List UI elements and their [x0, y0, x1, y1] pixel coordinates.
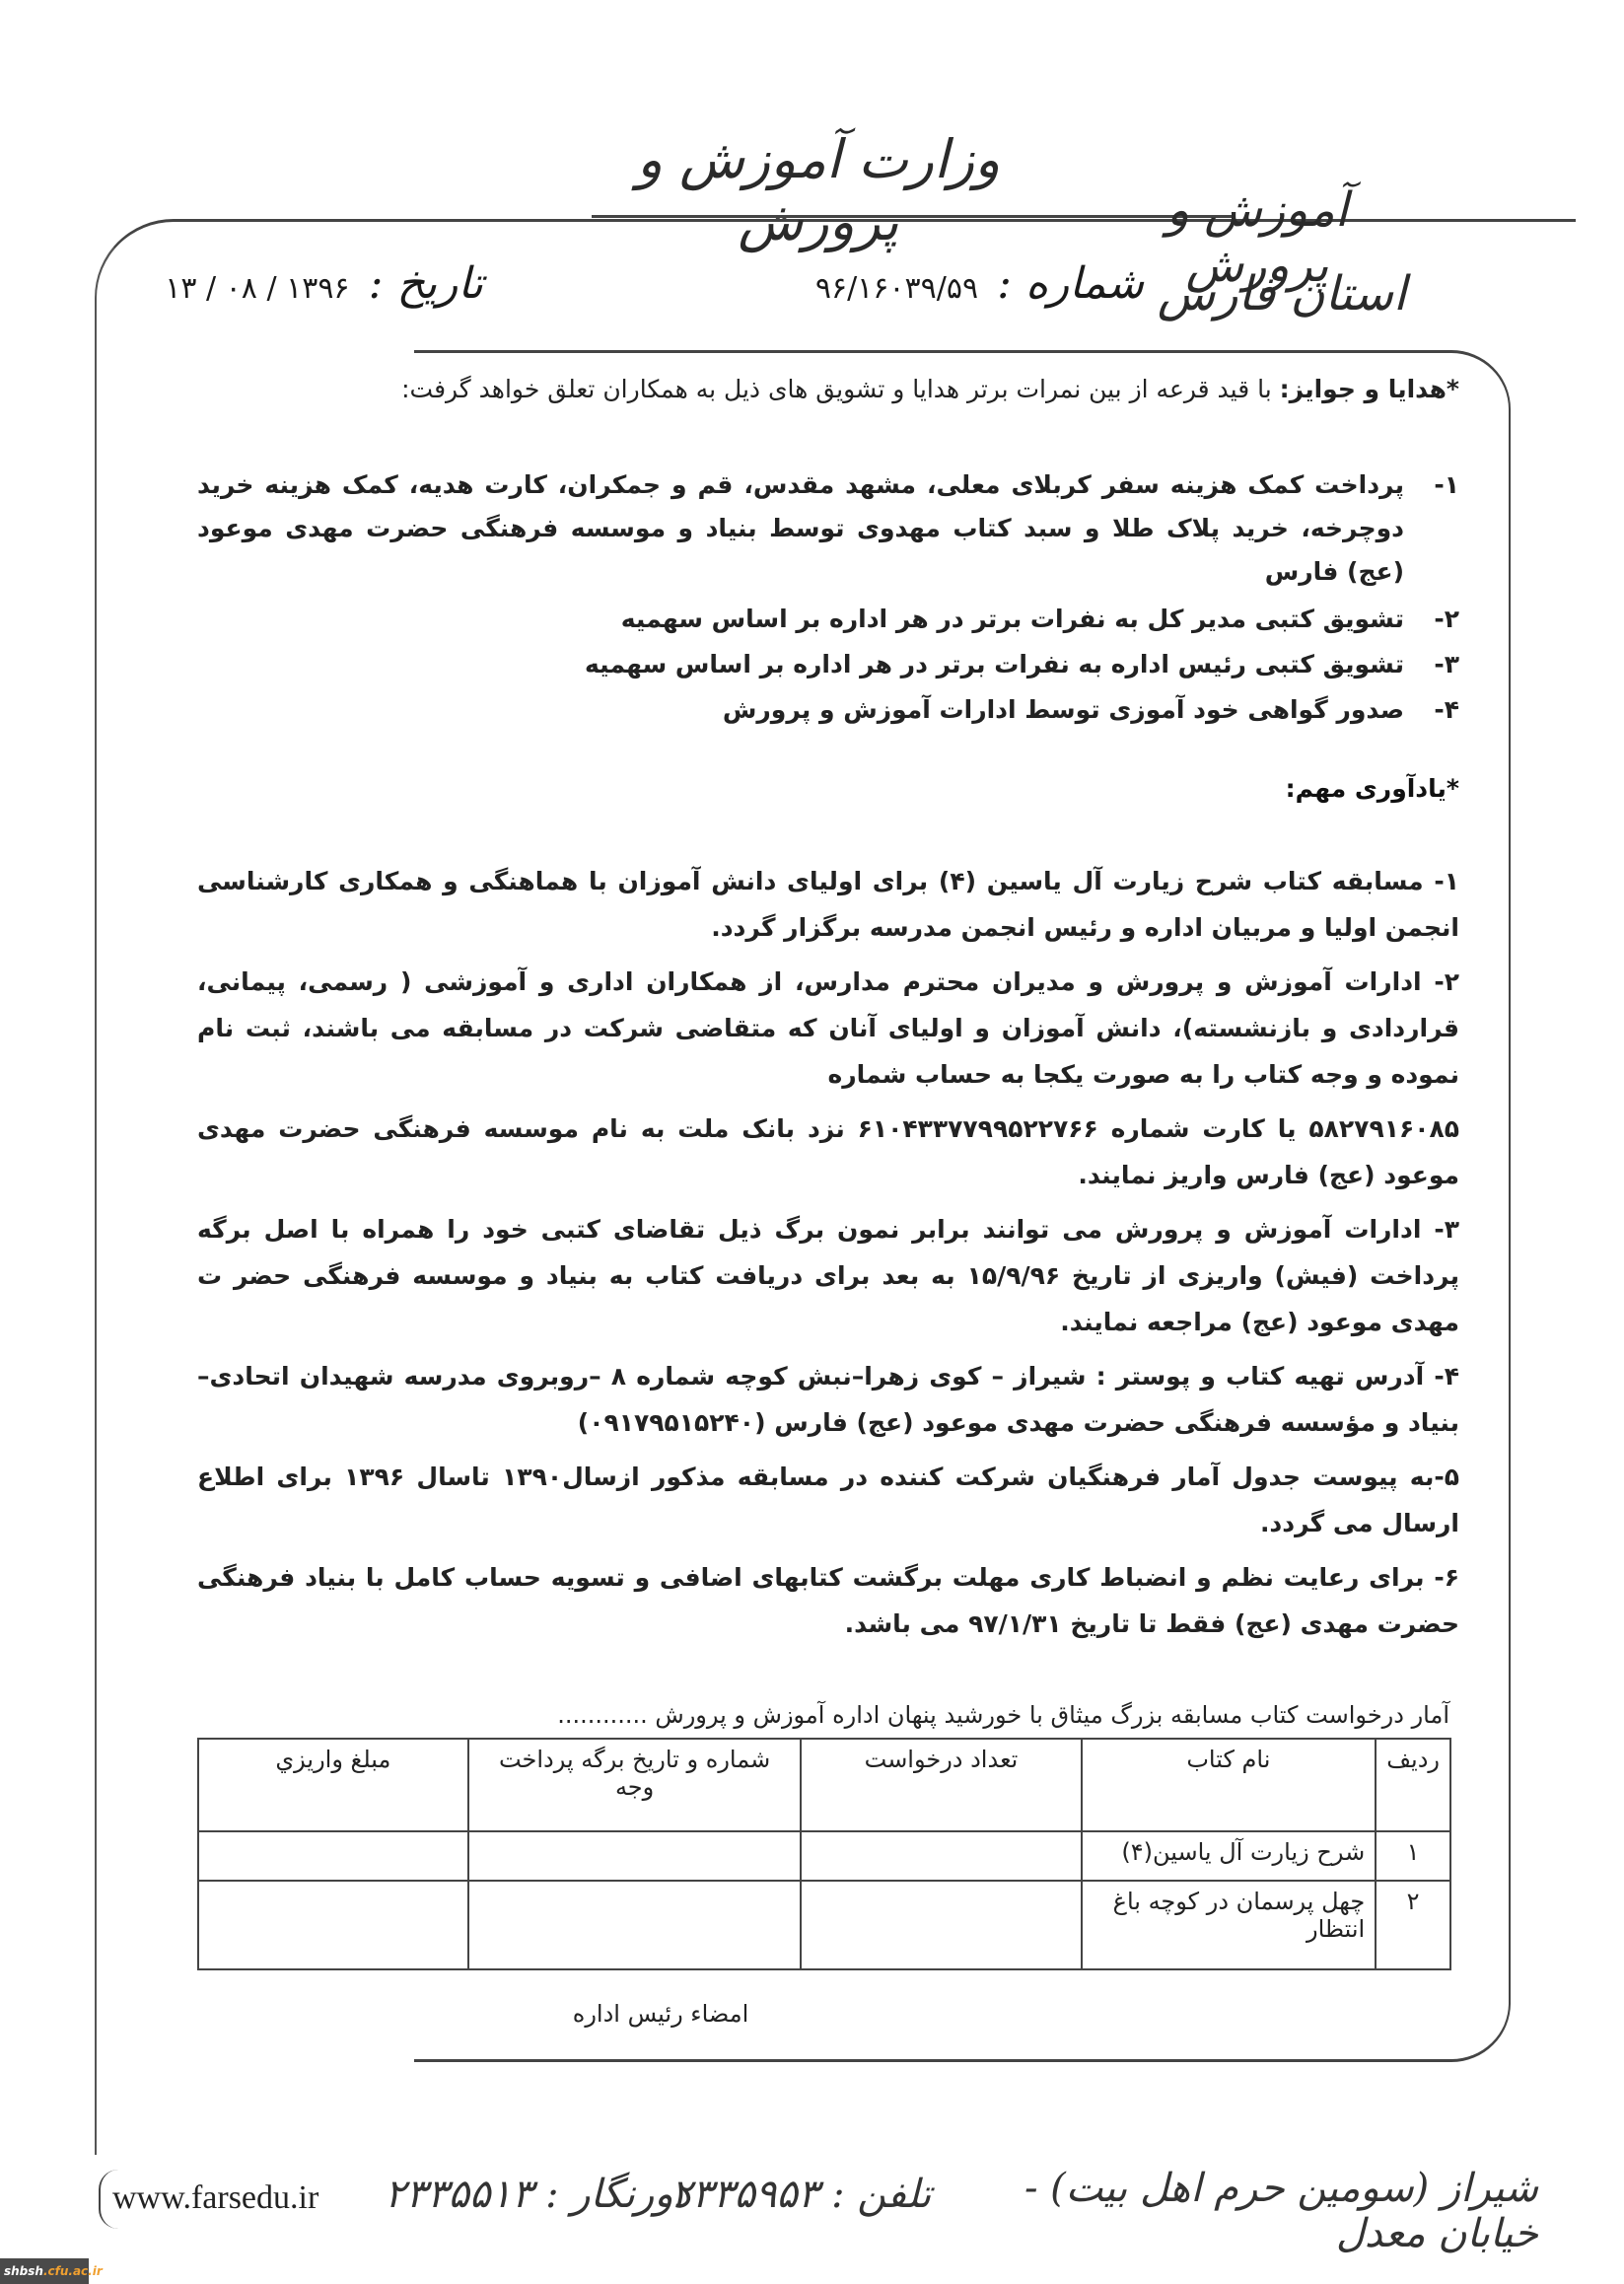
award-item-text: صدور گواهی خود آموزی توسط ادارات آموزش و…: [723, 690, 1404, 730]
award-item: ۲- تشویق کتبی مدیر کل به نفرات برتر در ه…: [197, 600, 1459, 639]
reminder-item: ۱- مسابقه کتاب شرح زیارت آل یاسین (۴) بر…: [197, 858, 1459, 951]
awards-title: *هدایا و جوایز:: [1280, 375, 1459, 403]
award-item-text: تشویق کتبی مدیر کل به نفرات برتر در هر ا…: [621, 600, 1404, 639]
ministry-title: وزارت آموزش و پرورش: [611, 128, 1025, 252]
header-receipt: شماره و تاریخ برگه پرداخت وجه: [468, 1739, 802, 1831]
footer-fax-label: دورنگار :: [545, 2172, 690, 2217]
watermark-part2: .cfu.ac.ir: [43, 2264, 103, 2278]
award-item: ۱- پرداخت کمک هزینه سفر کربلای معلی، مشه…: [197, 464, 1459, 594]
letter-number-value: ۹۶/۱۶۰۳۹/۵۹: [815, 271, 978, 306]
reminder-item: ۵-به پیوست جدول آمار فرهنگیان شرکت کننده…: [197, 1454, 1459, 1546]
table-caption: آمار درخواست کتاب مسابقه بزرگ میثاق با خ…: [365, 1701, 1449, 1729]
awards-list: ۱- پرداخت کمک هزینه سفر کربلای معلی، مشه…: [197, 464, 1459, 736]
award-item-number: ۳-: [1426, 645, 1459, 684]
header-row-number: ردیف: [1376, 1739, 1450, 1831]
cell-row-number: ۱: [1376, 1831, 1450, 1881]
cell-amount[interactable]: [198, 1831, 468, 1881]
cell-book-name: چهل پرسمان در کوچه باغ انتظار: [1082, 1881, 1377, 1969]
letter-number-label: شماره :: [997, 258, 1144, 309]
watermark-part1: shbsh: [4, 2264, 43, 2278]
cell-quantity[interactable]: [801, 1881, 1081, 1969]
award-item: ۳- تشویق کتبی رئیس اداره به نفرات برتر د…: [197, 645, 1459, 684]
award-item-number: ۴-: [1426, 690, 1459, 730]
reminder-item: ۲- ادارات آموزش و پرورش و مدیران محترم م…: [197, 959, 1459, 1098]
footer-phone-value: ۲۳۳۵۹۵۳: [671, 2172, 818, 2217]
reminders-title: *یادآوری مهم:: [1183, 774, 1459, 803]
award-item: ۴- صدور گواهی خود آموزی توسط ادارات آموز…: [197, 690, 1459, 730]
cell-receipt[interactable]: [468, 1881, 802, 1969]
cell-book-name: شرح زیارت آل یاسین(۴): [1082, 1831, 1377, 1881]
awards-intro: *هدایا و جوایز: با قید قرعه از بین نمرات…: [375, 370, 1459, 409]
table-header-row: ردیف نام کتاب تعداد درخواست شماره و تاری…: [198, 1739, 1450, 1831]
reminder-item: ۶- برای رعایت نظم و انضباط کاری مهلت برگ…: [197, 1554, 1459, 1647]
award-item-text: تشویق کتبی رئیس اداره به نفرات برتر در ه…: [585, 645, 1404, 684]
footer-phone-label: تلفن :: [831, 2172, 931, 2217]
header-book-name: نام کتاب: [1082, 1739, 1377, 1831]
footer-fax-value: ۲۳۳۵۵۱۳: [385, 2172, 532, 2217]
table-row: ۱ شرح زیارت آل یاسین(۴): [198, 1831, 1450, 1881]
award-item-number: ۲-: [1426, 600, 1459, 639]
cell-amount[interactable]: [198, 1881, 468, 1969]
cell-quantity[interactable]: [801, 1831, 1081, 1881]
award-item-text: پرداخت کمک هزینه سفر کربلای معلی، مشهد م…: [197, 464, 1404, 594]
table-row: ۲ چهل پرسمان در کوچه باغ انتظار: [198, 1881, 1450, 1969]
award-item-number: ۱-: [1426, 464, 1459, 507]
reminder-item: ۳- ادارات آموزش و پرورش می توانند برابر …: [197, 1206, 1459, 1345]
book-request-table: ردیف نام کتاب تعداد درخواست شماره و تاری…: [197, 1738, 1451, 1970]
reminders-list: ۱- مسابقه کتاب شرح زیارت آل یاسین (۴) بر…: [197, 858, 1459, 1655]
letter-date-value: ۱۳۹۶ / ۰۸ / ۱۳: [165, 271, 349, 306]
cell-receipt[interactable]: [468, 1831, 802, 1881]
footer-phone: تلفن : ۲۳۳۵۹۵۳: [671, 2172, 931, 2217]
header-quantity: تعداد درخواست: [801, 1739, 1081, 1831]
reminder-item: ۴- آدرس تهیه کتاب و پوستر : شیراز – کوی …: [197, 1353, 1459, 1446]
letter-number: شماره : ۹۶/۱۶۰۳۹/۵۹: [730, 258, 1144, 309]
letter-date-label: تاریخ :: [369, 258, 483, 309]
footer-address: شیراز (سومین حرم اهل بیت) - خیابان معدل: [986, 2166, 1538, 2256]
cell-row-number: ۲: [1376, 1881, 1450, 1969]
watermark-badge: shbsh.cfu.ac.ir: [0, 2258, 89, 2284]
awards-intro-text: با قید قرعه از بین نمرات برتر هدایا و تش…: [401, 375, 1280, 403]
signature-label: امضاء رئیس اداره: [532, 2000, 789, 2028]
header-amount: مبلغ واریزي: [198, 1739, 468, 1831]
footer-website-link[interactable]: www.farsedu.ir: [112, 2179, 318, 2217]
footer-fax: دورنگار : ۲۳۳۵۵۱۳: [385, 2172, 690, 2217]
organization-province: استان فارس: [1154, 266, 1410, 321]
reminder-item: ۵۸۲۷۹۱۶۰۸۵ یا کارت شماره ۶۱۰۴۳۳۷۷۹۹۵۲۲۷۶…: [197, 1106, 1459, 1198]
letter-date: تاریخ : ۱۳۹۶ / ۰۸ / ۱۳: [168, 258, 483, 309]
